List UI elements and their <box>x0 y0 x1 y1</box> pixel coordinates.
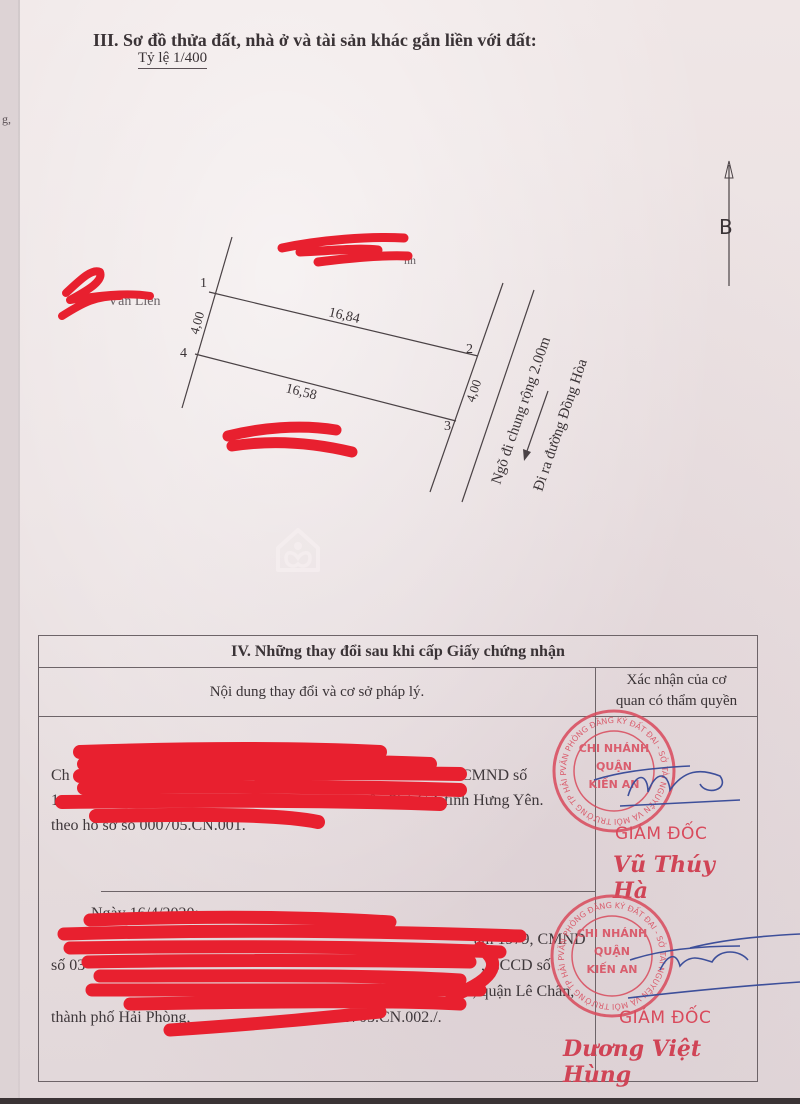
table-header-row: Nội dung thay đổi và cơ sở pháp lý. Xác … <box>39 668 757 717</box>
vertex-2: 2 <box>466 342 473 357</box>
edge-1-2 <box>209 292 478 356</box>
photo-bottom-edge <box>0 1098 800 1104</box>
vertex-4: 4 <box>180 346 187 361</box>
signer-title-1: GIÁM ĐỐC <box>615 824 707 844</box>
section-iv-title: IV. Những thay đổi sau khi cấp Giấy chứn… <box>39 636 757 668</box>
confirmation-header-line2: quan có thẩm quyền <box>596 691 757 712</box>
entry-2-line2-start: số 03 <box>51 954 85 978</box>
entry-1-line3: theo hồ sơ số 000705.CN.001. <box>51 814 246 838</box>
entry-1-line1-start: Ch <box>51 764 70 788</box>
edge-1-2-length: 16,84 <box>327 305 361 327</box>
entry-2-line3-end: nh Niệm, quận Lê Chân, <box>417 980 574 1004</box>
confirmation-header-line1: Xác nhận của cơ <box>596 670 757 691</box>
entry-2-line4-start: thành phố Hải Phòng, <box>51 1006 191 1030</box>
entry-2-date: Ngày 16/4/2020: <box>91 902 199 926</box>
homedy-house-icon <box>272 524 324 576</box>
entry-2-line4-end: 00705.CN.002./. <box>335 1006 442 1030</box>
edge-4-3 <box>195 354 456 421</box>
signer-name-2: Dương Việt Hùng <box>563 1036 757 1088</box>
north-label: B <box>719 215 733 239</box>
confirmation-column-header: Xác nhận của cơ quan có thẩm quyền <box>596 670 757 714</box>
plot-diagram: 1 2 3 4 16,84 16,58 4,00 4,00 Văn Liên n… <box>0 0 800 640</box>
signer-title-2: GIÁM ĐỐC <box>619 1008 711 1028</box>
signer-name-1: Vũ Thúy Hà <box>613 852 757 904</box>
edge-2-3-length: 4,00 <box>463 378 485 404</box>
entry-2-line2-end: , CCCD số <box>481 954 551 978</box>
vertex-1: 1 <box>200 276 207 291</box>
content-column-header: Nội dung thay đổi và cơ sở pháp lý. <box>39 668 595 716</box>
vertex-3: 3 <box>444 419 451 434</box>
redaction-marks-diagram <box>62 237 408 452</box>
entry-2-line1-end: ăm 1979, CMND <box>474 928 586 952</box>
entry-1-line1-end: CMND số <box>461 764 527 788</box>
entry-1-line2-start: 1 <box>51 789 59 813</box>
changes-table: IV. Những thay đổi sau khi cấp Giấy chứn… <box>38 635 758 1082</box>
homedy-watermark <box>272 524 334 576</box>
entry-1-line2-end: yện Phù Cừ, tỉnh Hưng Yên. <box>361 789 544 813</box>
entry-divider <box>101 891 595 892</box>
column-divider <box>595 668 596 1081</box>
